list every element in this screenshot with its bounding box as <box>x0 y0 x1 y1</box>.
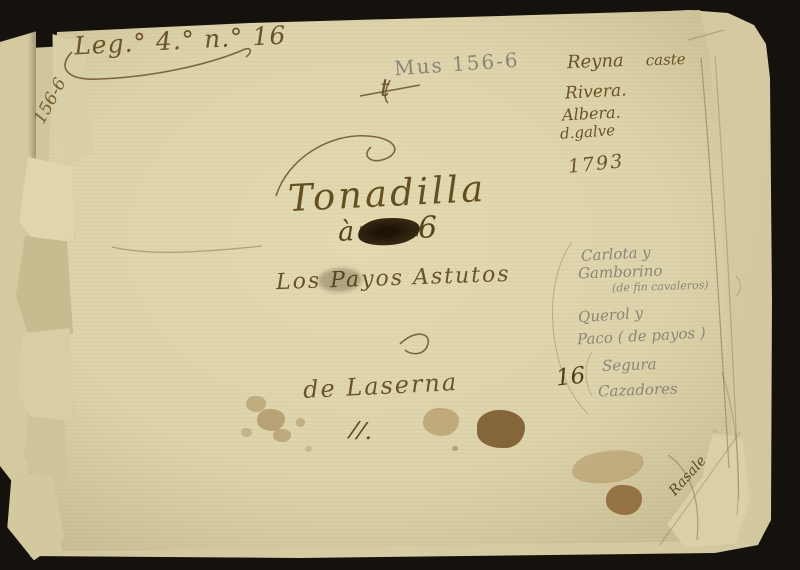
stain <box>452 446 458 451</box>
stain <box>606 485 642 515</box>
performer-line-1: Reynacaste <box>567 48 686 73</box>
stain <box>423 408 459 436</box>
performer-note: caste <box>645 50 686 69</box>
scoring-prefix: à <box>338 216 355 248</box>
cast-annotation: Gamborino <box>578 262 663 283</box>
scoring-number: 6 <box>417 210 437 246</box>
part-count: 16 <box>555 363 587 392</box>
cast-annotation: Segura <box>602 355 657 375</box>
performer-line-4: d.galve <box>559 121 615 143</box>
stain <box>273 429 291 442</box>
stain <box>257 409 285 431</box>
stain <box>241 428 252 437</box>
cross-mark: t <box>380 74 390 102</box>
closing-mark: //. <box>348 417 374 446</box>
stain <box>305 446 312 452</box>
stain <box>296 418 305 427</box>
cast-annotation: Cazadores <box>598 380 678 401</box>
performer-line-2: Rivera. <box>565 80 628 103</box>
dark-ink-stain <box>477 410 525 448</box>
performer-name: Reyna <box>567 50 624 73</box>
